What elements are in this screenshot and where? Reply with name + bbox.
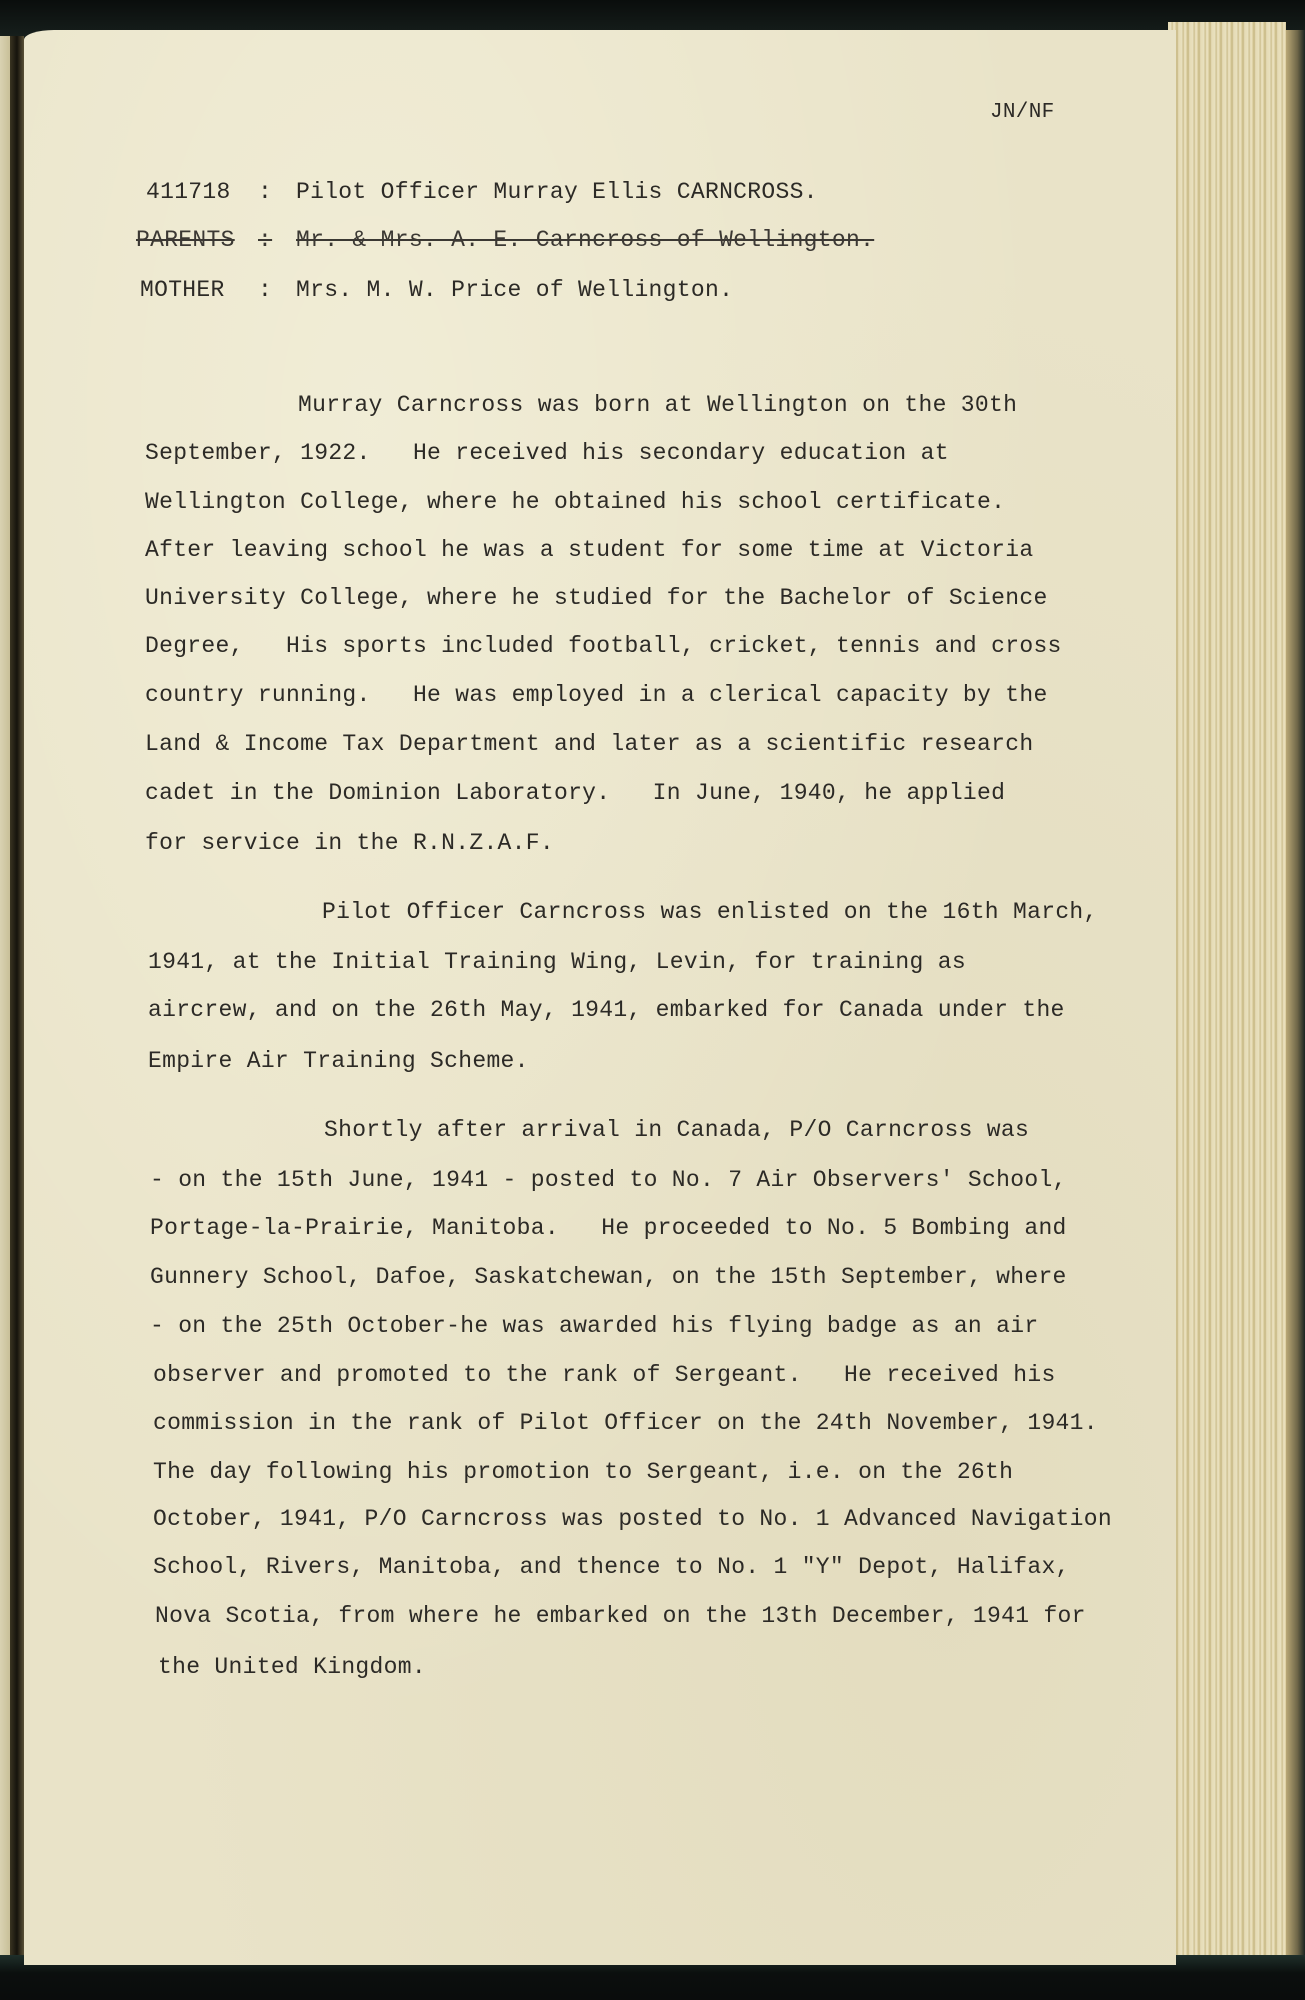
facing-page-edge bbox=[0, 36, 10, 1956]
paragraph-1-line: cadet in the Dominion Laboratory. In Jun… bbox=[145, 779, 1005, 807]
paragraph-3-line: Gunnery School, Dafoe, Saskatchewan, on … bbox=[150, 1263, 1067, 1291]
header-separator: : bbox=[258, 226, 272, 254]
paragraph-1-line: for service in the R.N.Z.A.F. bbox=[145, 829, 554, 857]
paragraph-3-line: commission in the rank of Pilot Officer … bbox=[153, 1409, 1098, 1437]
mother-value: Mrs. M. W. Price of Wellington. bbox=[296, 276, 733, 304]
paragraph-1-line: Land & Income Tax Department and later a… bbox=[145, 730, 1033, 758]
paragraph-3-line: Nova Scotia, from where he embarked on t… bbox=[155, 1602, 1086, 1630]
service-number: 411718 bbox=[146, 178, 231, 206]
book-fore-edge bbox=[1286, 30, 1305, 1960]
paragraph-3-line: The day following his promotion to Serge… bbox=[153, 1458, 1013, 1486]
header-separator: : bbox=[258, 276, 272, 304]
paragraph-3-line: observer and promoted to the rank of Ser… bbox=[153, 1361, 1056, 1389]
paragraph-1-line: Murray Carncross was born at Wellington … bbox=[298, 391, 1017, 419]
paragraph-2-line: Empire Air Training Scheme. bbox=[148, 1047, 529, 1075]
paragraph-1-line: After leaving school he was a student fo… bbox=[145, 536, 1033, 564]
airman-name: Pilot Officer Murray Ellis CARNCROSS. bbox=[296, 178, 818, 206]
parents-label: PARENTS bbox=[136, 226, 235, 254]
paragraph-3-line: Portage-la-Prairie, Manitoba. He proceed… bbox=[150, 1214, 1067, 1242]
paragraph-1-line: September, 1922. He received his seconda… bbox=[145, 439, 949, 467]
page-stack-edges bbox=[1168, 22, 1286, 1962]
parents-value: Mr. & Mrs. A. E. Carncross of Wellington… bbox=[296, 226, 874, 254]
paragraph-3-line: - on the 15th June, 1941 - posted to No.… bbox=[150, 1166, 1067, 1194]
paragraph-3-line: Shortly after arrival in Canada, P/O Car… bbox=[324, 1116, 1029, 1144]
paragraph-2-line: 1941, at the Initial Training Wing, Levi… bbox=[148, 948, 966, 976]
paragraph-3-line: School, Rivers, Manitoba, and thence to … bbox=[153, 1553, 1070, 1581]
reference-code: JN/NF bbox=[990, 99, 1055, 127]
mother-label: MOTHER bbox=[140, 276, 225, 304]
paragraph-3-line: October, 1941, P/O Carncross was posted … bbox=[153, 1505, 1112, 1533]
paragraph-1-line: Wellington College, where he obtained hi… bbox=[145, 488, 1005, 516]
paragraph-2-line: Pilot Officer Carncross was enlisted on … bbox=[322, 898, 1098, 926]
paragraph-1-line: country running. He was employed in a cl… bbox=[145, 681, 1048, 709]
paragraph-2-line: aircrew, and on the 26th May, 1941, emba… bbox=[148, 996, 1065, 1024]
paragraph-3-line: the United Kingdom. bbox=[158, 1653, 426, 1681]
header-separator: : bbox=[258, 178, 272, 206]
paragraph-3-line: - on the 25th October-he was awarded his… bbox=[150, 1312, 1038, 1340]
paragraph-1-line: University College, where he studied for… bbox=[145, 584, 1048, 612]
paragraph-1-line: Degree, His sports included football, cr… bbox=[145, 632, 1062, 660]
book-gutter bbox=[10, 36, 24, 1966]
